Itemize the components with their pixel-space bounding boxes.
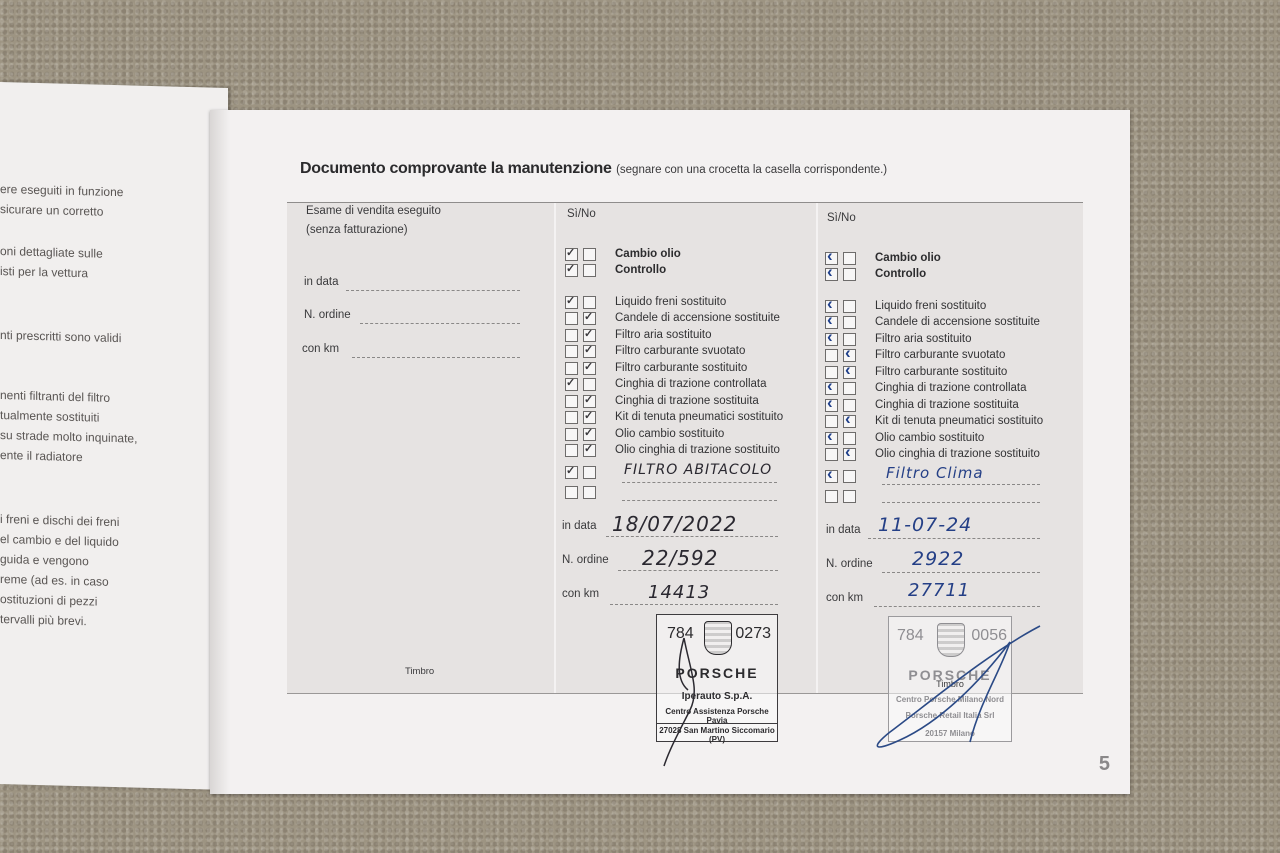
service-2-km-field[interactable] — [874, 606, 1040, 607]
left-text-line: su strade molto inquinate, — [0, 428, 137, 446]
checkbox-yes[interactable] — [825, 470, 838, 483]
page-number: 5 — [1099, 753, 1110, 776]
checkbox-no[interactable] — [843, 382, 856, 395]
checklist-item-label: Cambio olio — [875, 252, 941, 264]
service-1-km-field[interactable] — [610, 604, 778, 605]
checkbox-no[interactable] — [583, 395, 596, 408]
left-text-line: oni dettagliate sulle — [0, 244, 103, 261]
service-1-order-field[interactable] — [618, 570, 778, 571]
checklist-row — [565, 464, 601, 480]
checkbox-yes[interactable] — [565, 411, 578, 424]
checklist-row: Cinghia di trazione controllata — [825, 380, 1027, 396]
checklist-row: Kit di tenuta pneumatici sostituito — [825, 413, 1043, 429]
checklist-row: Olio cinghia di trazione sostituito — [825, 446, 1040, 462]
stamp-company: Iperauto S.p.A. — [657, 691, 777, 702]
checklist-row: Filtro carburante svuotato — [565, 343, 745, 359]
checkbox-no[interactable] — [583, 312, 596, 325]
checkbox-yes[interactable] — [565, 395, 578, 408]
checkbox-no[interactable] — [583, 264, 596, 277]
checklist-row: Candele di accensione sostituite — [825, 314, 1040, 330]
column-divider — [816, 203, 818, 693]
yes-no-header: Sì/No — [827, 212, 856, 224]
service-2-order-field[interactable] — [882, 572, 1040, 573]
service-2-extra-line-2 — [882, 502, 1040, 503]
checkbox-yes[interactable] — [565, 444, 578, 457]
checkbox-yes[interactable] — [565, 466, 578, 479]
stamp-code-left: 784 — [897, 627, 924, 645]
checklist-row: Filtro carburante sostituito — [825, 364, 1007, 380]
service-2-extra-item: Filtro Clima — [886, 464, 984, 482]
stamp-code-right: 0273 — [735, 625, 771, 643]
checkbox-yes[interactable] — [565, 428, 578, 441]
checkbox-yes[interactable] — [565, 486, 578, 499]
service-2-order: 2922 — [912, 548, 964, 570]
checkbox-no[interactable] — [843, 252, 856, 265]
stamp-timbro-label: Timbro — [889, 679, 1011, 689]
sale-km-field[interactable] — [352, 357, 520, 358]
checkbox-no[interactable] — [583, 486, 596, 499]
checklist-item-label: Controllo — [875, 268, 926, 280]
checklist-item-label: Kit di tenuta pneumatici sostituito — [875, 415, 1043, 427]
left-text-line: nenti filtranti del filtro — [0, 388, 110, 405]
checklist-item-label: Filtro carburante sostituito — [875, 366, 1007, 378]
service-1-km: 14413 — [648, 582, 710, 603]
page-header: Documento comprovante la manutenzione (s… — [300, 160, 887, 178]
checklist-row — [565, 484, 601, 500]
checklist-item-label: Liquido freni sostituito — [875, 300, 986, 312]
service-2-date-label: in data — [826, 524, 861, 536]
checkbox-no[interactable] — [843, 366, 856, 379]
checkbox-yes[interactable] — [565, 296, 578, 309]
checklist-row: Cinghia di trazione sostituita — [565, 393, 759, 409]
checklist-row: Cinghia di trazione sostituita — [825, 397, 1019, 413]
service-1-dealer-stamp: 784 0273 PORSCHE Iperauto S.p.A. Centro … — [656, 614, 778, 742]
service-1-extra-line-2 — [622, 500, 777, 501]
left-text-line: isti per la vettura — [0, 264, 88, 280]
stamp-brand: PORSCHE — [657, 665, 777, 681]
checklist-item-label: Candele di accensione sostituite — [615, 312, 780, 324]
checkbox-no[interactable] — [583, 248, 596, 261]
checklist-item-label: Olio cinghia di trazione sostituito — [615, 444, 780, 456]
stamp-code-right: 0056 — [971, 627, 1007, 645]
checklist-item-label: Filtro carburante svuotato — [615, 345, 745, 357]
left-text-line: ente il radiatore — [0, 448, 83, 464]
porsche-crest-icon — [704, 621, 732, 655]
service-2-extra-line — [882, 484, 1040, 485]
page-title: Documento comprovante la manutenzione — [300, 160, 612, 177]
service-1-order: 22/592 — [642, 546, 718, 570]
checklist-row: Controllo — [825, 266, 926, 282]
checklist-row: Cambio olio — [825, 250, 941, 266]
porsche-crest-icon — [937, 623, 965, 657]
checkbox-yes[interactable] — [825, 349, 838, 362]
checkbox-yes[interactable] — [565, 312, 578, 325]
checkbox-no[interactable] — [843, 268, 856, 281]
checkbox-no[interactable] — [843, 300, 856, 313]
maintenance-page: Documento comprovante la manutenzione (s… — [210, 110, 1130, 794]
service-1-date: 18/07/2022 — [612, 512, 737, 536]
sale-exam-heading: Esame di vendita eseguito — [306, 205, 441, 217]
checkbox-yes[interactable] — [565, 248, 578, 261]
left-page: ere eseguiti in funzione sicurare un cor… — [0, 82, 228, 790]
sale-date-field[interactable] — [346, 290, 520, 291]
page-subtitle: (segnare con una crocetta la casella cor… — [616, 164, 887, 176]
checklist-row: Controllo — [565, 262, 666, 278]
checklist-row: Kit di tenuta pneumatici sostituito — [565, 409, 783, 425]
left-text-line: tervalli più brevi. — [0, 612, 87, 628]
checklist-row: Filtro carburante svuotato — [825, 347, 1005, 363]
checklist-row: Olio cambio sostituito — [565, 426, 724, 442]
checkbox-no[interactable] — [583, 296, 596, 309]
checkbox-no[interactable] — [583, 444, 596, 457]
left-text-line: i freni e dischi dei freni — [0, 512, 119, 529]
service-2-dealer-stamp: 784 0056 PORSCHE Timbro Centro Porsche M… — [888, 616, 1012, 742]
checklist-row: Olio cinghia di trazione sostituito — [565, 442, 780, 458]
left-text-line: reme (ad es. in caso — [0, 572, 109, 589]
left-text-line: nti prescritti sono validi — [0, 328, 121, 345]
service-1-date-label: in data — [562, 520, 597, 532]
service-1-date-field[interactable] — [606, 536, 778, 537]
service-2-date: 11-07-24 — [878, 514, 972, 536]
service-1-extra-item: FILTRO ABITACOLO — [624, 462, 772, 478]
service-1-order-label: N. ordine — [562, 554, 609, 566]
sale-exam-subheading: (senza fatturazione) — [306, 224, 408, 236]
checkbox-no[interactable] — [843, 415, 856, 428]
service-2-km-label: con km — [826, 592, 863, 604]
left-text-line: sicurare un corretto — [0, 202, 103, 219]
stamp-address: 20157 Milano — [889, 729, 1011, 738]
checklist-row: Cambio olio — [565, 246, 681, 262]
checklist-row: Filtro aria sostituito — [565, 327, 712, 343]
checklist-item-label: Cambio olio — [615, 248, 681, 260]
checklist-row: Liquido freni sostituito — [565, 294, 726, 310]
checklist-item-label: Kit di tenuta pneumatici sostituito — [615, 411, 783, 423]
checkbox-yes[interactable] — [565, 378, 578, 391]
checklist-row: Candele di accensione sostituite — [565, 310, 780, 326]
checklist-item-label: Filtro aria sostituito — [875, 333, 972, 345]
stamp-code-left: 784 — [667, 625, 694, 643]
checkbox-yes[interactable] — [825, 268, 838, 281]
checkbox-yes[interactable] — [825, 333, 838, 346]
checklist-item-label: Olio cambio sostituito — [615, 428, 724, 440]
checkbox-no[interactable] — [843, 490, 856, 503]
checkbox-no[interactable] — [843, 470, 856, 483]
checkbox-no[interactable] — [583, 466, 596, 479]
left-text-line: ostituzioni di pezzi — [0, 592, 97, 609]
service-1-km-label: con km — [562, 588, 599, 600]
checkbox-no[interactable] — [583, 345, 596, 358]
checklist-item-label: Cinghia di trazione controllata — [875, 382, 1027, 394]
checklist-item-label: Filtro aria sostituito — [615, 329, 712, 341]
checklist-row: Cinghia di trazione controllata — [565, 376, 767, 392]
sale-order-label: N. ordine — [304, 309, 351, 321]
sale-date-label: in data — [304, 276, 339, 288]
stamp-address: 27028 San Martino Siccomario (PV) — [657, 723, 777, 744]
checklist-item-label: Cinghia di trazione sostituita — [615, 395, 759, 407]
checkbox-no[interactable] — [583, 329, 596, 342]
checkbox-yes[interactable] — [565, 345, 578, 358]
checklist-item-label: Candele di accensione sostituite — [875, 316, 1040, 328]
service-2-km: 27711 — [908, 580, 970, 601]
checkbox-no[interactable] — [583, 378, 596, 391]
checklist-row: Liquido freni sostituito — [825, 298, 986, 314]
checkbox-yes[interactable] — [825, 448, 838, 461]
service-1-extra-line — [622, 482, 777, 483]
stamp-center: Centro Porsche Milano Nord — [889, 695, 1011, 704]
service-2-order-label: N. ordine — [826, 558, 873, 570]
checklist-item-label: Filtro carburante sostituito — [615, 362, 747, 374]
checkbox-no[interactable] — [583, 411, 596, 424]
stamp-company: Porsche Retail Italia Srl — [889, 711, 1011, 720]
checklist-row — [825, 468, 861, 484]
checkbox-yes[interactable] — [825, 432, 838, 445]
sale-km-label: con km — [302, 343, 339, 355]
left-text-line: tualmente sostituiti — [0, 408, 99, 425]
checkbox-no[interactable] — [843, 316, 856, 329]
checkbox-yes[interactable] — [565, 362, 578, 375]
checkbox-no[interactable] — [583, 428, 596, 441]
checklist-row — [825, 488, 861, 504]
checkbox-yes[interactable] — [565, 329, 578, 342]
column-divider — [554, 203, 556, 693]
checklist-item-label: Cinghia di trazione controllata — [615, 378, 767, 390]
left-text-line: el cambio e del liquido — [0, 532, 119, 549]
checklist-item-label: Cinghia di trazione sostituita — [875, 399, 1019, 411]
checkbox-yes[interactable] — [565, 264, 578, 277]
checkbox-yes[interactable] — [825, 490, 838, 503]
sale-order-field[interactable] — [360, 323, 520, 324]
checkbox-no[interactable] — [583, 362, 596, 375]
checklist-row: Filtro carburante sostituito — [565, 360, 747, 376]
checkbox-yes[interactable] — [825, 399, 838, 412]
checklist-item-label: Filtro carburante svuotato — [875, 349, 1005, 361]
page-gutter — [210, 110, 230, 794]
checklist-item-label: Olio cambio sostituito — [875, 432, 984, 444]
left-text-line: guida e vengono — [0, 552, 89, 568]
checklist-item-label: Controllo — [615, 264, 666, 276]
yes-no-header: Sì/No — [567, 208, 596, 220]
checklist-item-label: Olio cinghia di trazione sostituito — [875, 448, 1040, 460]
checkbox-no[interactable] — [843, 448, 856, 461]
left-text-line: ere eseguiti in funzione — [0, 182, 123, 199]
service-2-date-field[interactable] — [868, 538, 1040, 539]
checklist-item-label: Liquido freni sostituito — [615, 296, 726, 308]
sale-stamp-label: Timbro — [405, 666, 434, 677]
